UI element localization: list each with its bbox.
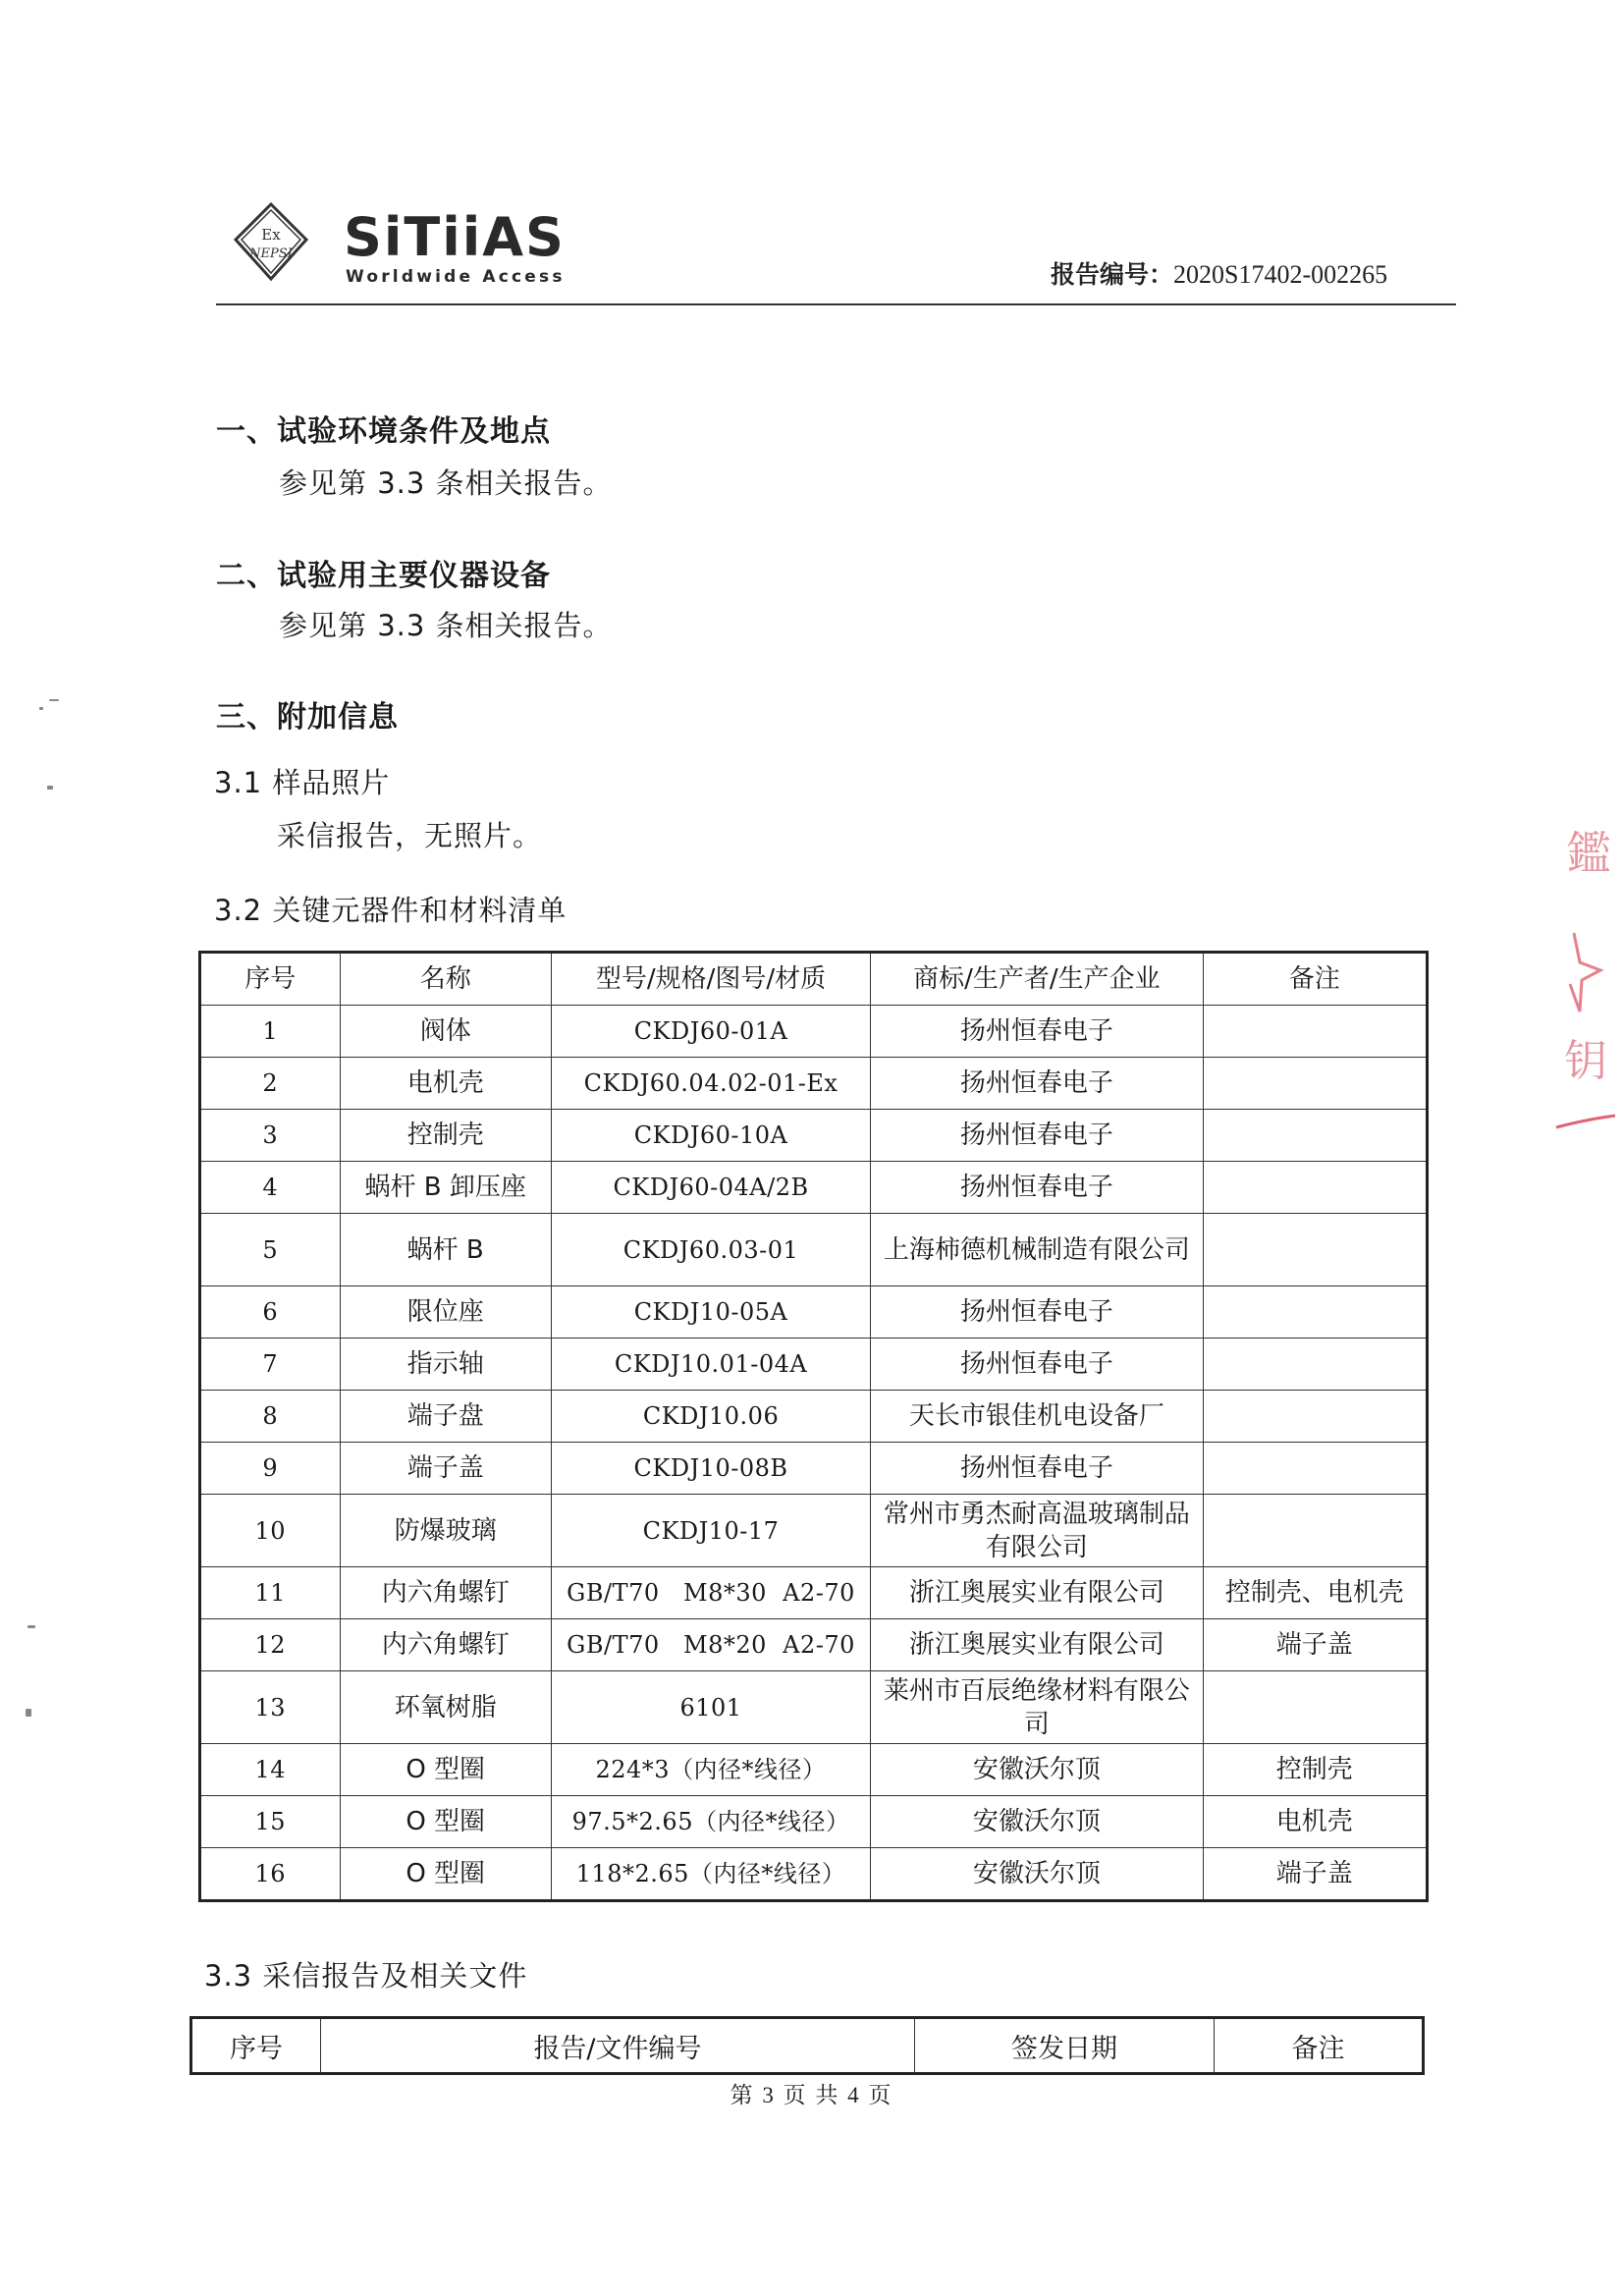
section-2-title: 二、试验用主要仪器设备 (216, 551, 551, 594)
cell-no: 3 (200, 1110, 341, 1162)
sitiias-logo: SiTiiAS (344, 211, 566, 264)
nepsi-ex-logo: Ex NEPSI (230, 200, 312, 283)
section-1-title: 一、试验环境条件及地点 (216, 407, 551, 450)
cell-note (1203, 1339, 1428, 1391)
cell-no: 13 (200, 1671, 341, 1744)
table-row: 15 O 型圈 97.5*2.65（内径*线径） 安徽沃尔顶 电机壳 (200, 1796, 1428, 1848)
cell-no: 16 (200, 1848, 341, 1901)
table-row: 7 指示轴 CKDJ10.01-04A 扬州恒春电子 (200, 1339, 1428, 1391)
scan-speck (49, 699, 59, 701)
cell-no: 14 (200, 1744, 341, 1796)
cell-note: 控制壳、电机壳 (1203, 1567, 1428, 1619)
subsection-3-1-title: 3.1 样品照片 (214, 761, 390, 801)
cell-name: O 型圈 (340, 1796, 551, 1848)
cell-model: CKDJ60-10A (551, 1110, 870, 1162)
cell-name: 环氧树脂 (340, 1671, 551, 1744)
cell-model: CKDJ10.01-04A (551, 1339, 870, 1391)
cell-model: CKDJ10-08B (551, 1443, 870, 1495)
col-header-no: 序号 (191, 2018, 321, 2074)
cell-note (1203, 1286, 1428, 1339)
cell-name: 限位座 (340, 1286, 551, 1339)
col-header-note: 备注 (1215, 2018, 1424, 2074)
table-row: 1 阀体 CKDJ60-01A 扬州恒春电子 (200, 1006, 1428, 1058)
cell-model: CKDJ10.06 (551, 1391, 870, 1443)
cell-name: 蜗杆 B (340, 1214, 551, 1286)
cell-maker: 扬州恒春电子 (871, 1162, 1203, 1214)
cell-no: 12 (200, 1619, 341, 1671)
referenced-reports-table: 序号 报告/文件编号 签发日期 备注 (189, 2016, 1425, 2075)
table-row: 4 蜗杆 B 卸压座 CKDJ60-04A/2B 扬州恒春电子 (200, 1162, 1428, 1214)
cell-maker: 安徽沃尔顶 (871, 1744, 1203, 1796)
cell-no: 1 (200, 1006, 341, 1058)
cell-no: 7 (200, 1339, 341, 1391)
cell-name: 电机壳 (340, 1058, 551, 1110)
cell-model: CKDJ60-01A (551, 1006, 870, 1058)
cell-note (1203, 1443, 1428, 1495)
table-row: 9 端子盖 CKDJ10-08B 扬州恒春电子 (200, 1443, 1428, 1495)
cell-no: 5 (200, 1214, 341, 1286)
subsection-3-3-title: 3.3 采信报告及相关文件 (204, 1954, 527, 1995)
cell-note (1203, 1110, 1428, 1162)
cell-note (1203, 1058, 1428, 1110)
section-2-body: 参见第 3.3 条相关报告。 (279, 604, 613, 644)
cell-note (1203, 1214, 1428, 1286)
cell-model: GB/T70 M8*30 A2-70 (551, 1567, 870, 1619)
cell-name: 内六角螺钉 (340, 1567, 551, 1619)
table-row: 2 电机壳 CKDJ60.04.02-01-Ex 扬州恒春电子 (200, 1058, 1428, 1110)
cell-name: 内六角螺钉 (340, 1619, 551, 1671)
svg-text:鑑: 鑑 (1566, 827, 1611, 880)
section-3-title: 三、附加信息 (216, 692, 399, 736)
cell-maker: 扬州恒春电子 (871, 1286, 1203, 1339)
svg-text:NEPSI: NEPSI (248, 246, 294, 261)
svg-text:Ex: Ex (261, 226, 281, 244)
logo-tagline: Worldwide Access (346, 267, 566, 287)
cell-maker: 上海柿德机械制造有限公司 (871, 1214, 1203, 1286)
cell-model: CKDJ10-05A (551, 1286, 870, 1339)
cell-note: 控制壳 (1203, 1744, 1428, 1796)
cell-maker: 天长市银佳机电设备厂 (871, 1391, 1203, 1443)
key-components-table: 序号 名称 型号/规格/图号/材质 商标/生产者/生产企业 备注 1 阀体 CK… (198, 951, 1429, 1902)
cell-model: CKDJ60.04.02-01-Ex (551, 1058, 870, 1110)
scan-speck (39, 707, 43, 710)
page-number: 第 3 页 共 4 页 (0, 2077, 1623, 2109)
col-header-model: 型号/规格/图号/材质 (551, 953, 870, 1006)
cell-note (1203, 1162, 1428, 1214)
cell-name: 端子盘 (340, 1391, 551, 1443)
cell-maker: 扬州恒春电子 (871, 1443, 1203, 1495)
col-header-maker: 商标/生产者/生产企业 (871, 953, 1203, 1006)
table-row: 6 限位座 CKDJ10-05A 扬州恒春电子 (200, 1286, 1428, 1339)
cell-model: CKDJ10-17 (551, 1495, 870, 1567)
cell-no: 15 (200, 1796, 341, 1848)
cell-name: 端子盖 (340, 1443, 551, 1495)
cell-maker: 扬州恒春电子 (871, 1110, 1203, 1162)
cell-name: 防爆玻璃 (340, 1495, 551, 1567)
cell-name: 控制壳 (340, 1110, 551, 1162)
section-1-body: 参见第 3.3 条相关报告。 (279, 462, 613, 502)
table-header-row: 序号 名称 型号/规格/图号/材质 商标/生产者/生产企业 备注 (200, 953, 1428, 1006)
seal-stamp-fragment: 鑑 钥 (1546, 815, 1623, 1149)
cell-maker: 扬州恒春电子 (871, 1339, 1203, 1391)
cell-no: 9 (200, 1443, 341, 1495)
cell-model: GB/T70 M8*20 A2-70 (551, 1619, 870, 1671)
cell-no: 8 (200, 1391, 341, 1443)
table-row: 10 防爆玻璃 CKDJ10-17 常州市勇杰耐高温玻璃制品有限公司 (200, 1495, 1428, 1567)
cell-note (1203, 1671, 1428, 1744)
table-row: 3 控制壳 CKDJ60-10A 扬州恒春电子 (200, 1110, 1428, 1162)
cell-model: 118*2.65（内径*线径） (551, 1848, 870, 1901)
cell-name: O 型圈 (340, 1744, 551, 1796)
report-number: 报告编号：2020S17402-002265 (1051, 255, 1387, 291)
cell-name: 阀体 (340, 1006, 551, 1058)
scan-speck (26, 1709, 31, 1717)
cell-maker: 扬州恒春电子 (871, 1006, 1203, 1058)
cell-maker: 莱州市百辰绝缘材料有限公司 (871, 1671, 1203, 1744)
svg-text:钥: 钥 (1564, 1036, 1607, 1086)
col-header-report-no: 报告/文件编号 (321, 2018, 915, 2074)
cell-no: 6 (200, 1286, 341, 1339)
scan-speck (47, 786, 53, 790)
cell-maker: 扬州恒春电子 (871, 1058, 1203, 1110)
table-row: 14 O 型圈 224*3（内径*线径） 安徽沃尔顶 控制壳 (200, 1744, 1428, 1796)
cell-maker: 浙江奥展实业有限公司 (871, 1619, 1203, 1671)
cell-maker: 安徽沃尔顶 (871, 1848, 1203, 1901)
table-row: 12 内六角螺钉 GB/T70 M8*20 A2-70 浙江奥展实业有限公司 端… (200, 1619, 1428, 1671)
cell-no: 2 (200, 1058, 341, 1110)
cell-name: 蜗杆 B 卸压座 (340, 1162, 551, 1214)
cell-name: O 型圈 (340, 1848, 551, 1901)
col-header-name: 名称 (340, 953, 551, 1006)
col-header-no: 序号 (200, 953, 341, 1006)
table-row: 11 内六角螺钉 GB/T70 M8*30 A2-70 浙江奥展实业有限公司 控… (200, 1567, 1428, 1619)
header-divider (216, 303, 1456, 305)
report-number-label: 报告编号： (1051, 260, 1173, 289)
cell-maker: 安徽沃尔顶 (871, 1796, 1203, 1848)
cell-model: 224*3（内径*线径） (551, 1744, 870, 1796)
cell-no: 11 (200, 1567, 341, 1619)
cell-note: 端子盖 (1203, 1619, 1428, 1671)
cell-name: 指示轴 (340, 1339, 551, 1391)
scan-speck (27, 1625, 35, 1628)
table-header-row: 序号 报告/文件编号 签发日期 备注 (191, 2018, 1424, 2074)
cell-maker: 浙江奥展实业有限公司 (871, 1567, 1203, 1619)
cell-note (1203, 1391, 1428, 1443)
subsection-3-1-body: 采信报告，无照片。 (277, 814, 542, 854)
table-row: 13 环氧树脂 6101 莱州市百辰绝缘材料有限公司 (200, 1671, 1428, 1744)
table-row: 5 蜗杆 B CKDJ60.03-01 上海柿德机械制造有限公司 (200, 1214, 1428, 1286)
cell-note: 端子盖 (1203, 1848, 1428, 1901)
cell-model: CKDJ60.03-01 (551, 1214, 870, 1286)
col-header-issue-date: 签发日期 (915, 2018, 1215, 2074)
cell-model: 97.5*2.65（内径*线径） (551, 1796, 870, 1848)
cell-model: 6101 (551, 1671, 870, 1744)
report-number-value: 2020S17402-002265 (1173, 260, 1387, 289)
subsection-3-2-title: 3.2 关键元器件和材料清单 (214, 889, 567, 929)
cell-note (1203, 1495, 1428, 1567)
cell-note (1203, 1006, 1428, 1058)
table-row: 8 端子盘 CKDJ10.06 天长市银佳机电设备厂 (200, 1391, 1428, 1443)
table-row: 16 O 型圈 118*2.65（内径*线径） 安徽沃尔顶 端子盖 (200, 1848, 1428, 1901)
cell-no: 10 (200, 1495, 341, 1567)
cell-maker: 常州市勇杰耐高温玻璃制品有限公司 (871, 1495, 1203, 1567)
col-header-note: 备注 (1203, 953, 1428, 1006)
cell-no: 4 (200, 1162, 341, 1214)
cell-note: 电机壳 (1203, 1796, 1428, 1848)
cell-model: CKDJ60-04A/2B (551, 1162, 870, 1214)
